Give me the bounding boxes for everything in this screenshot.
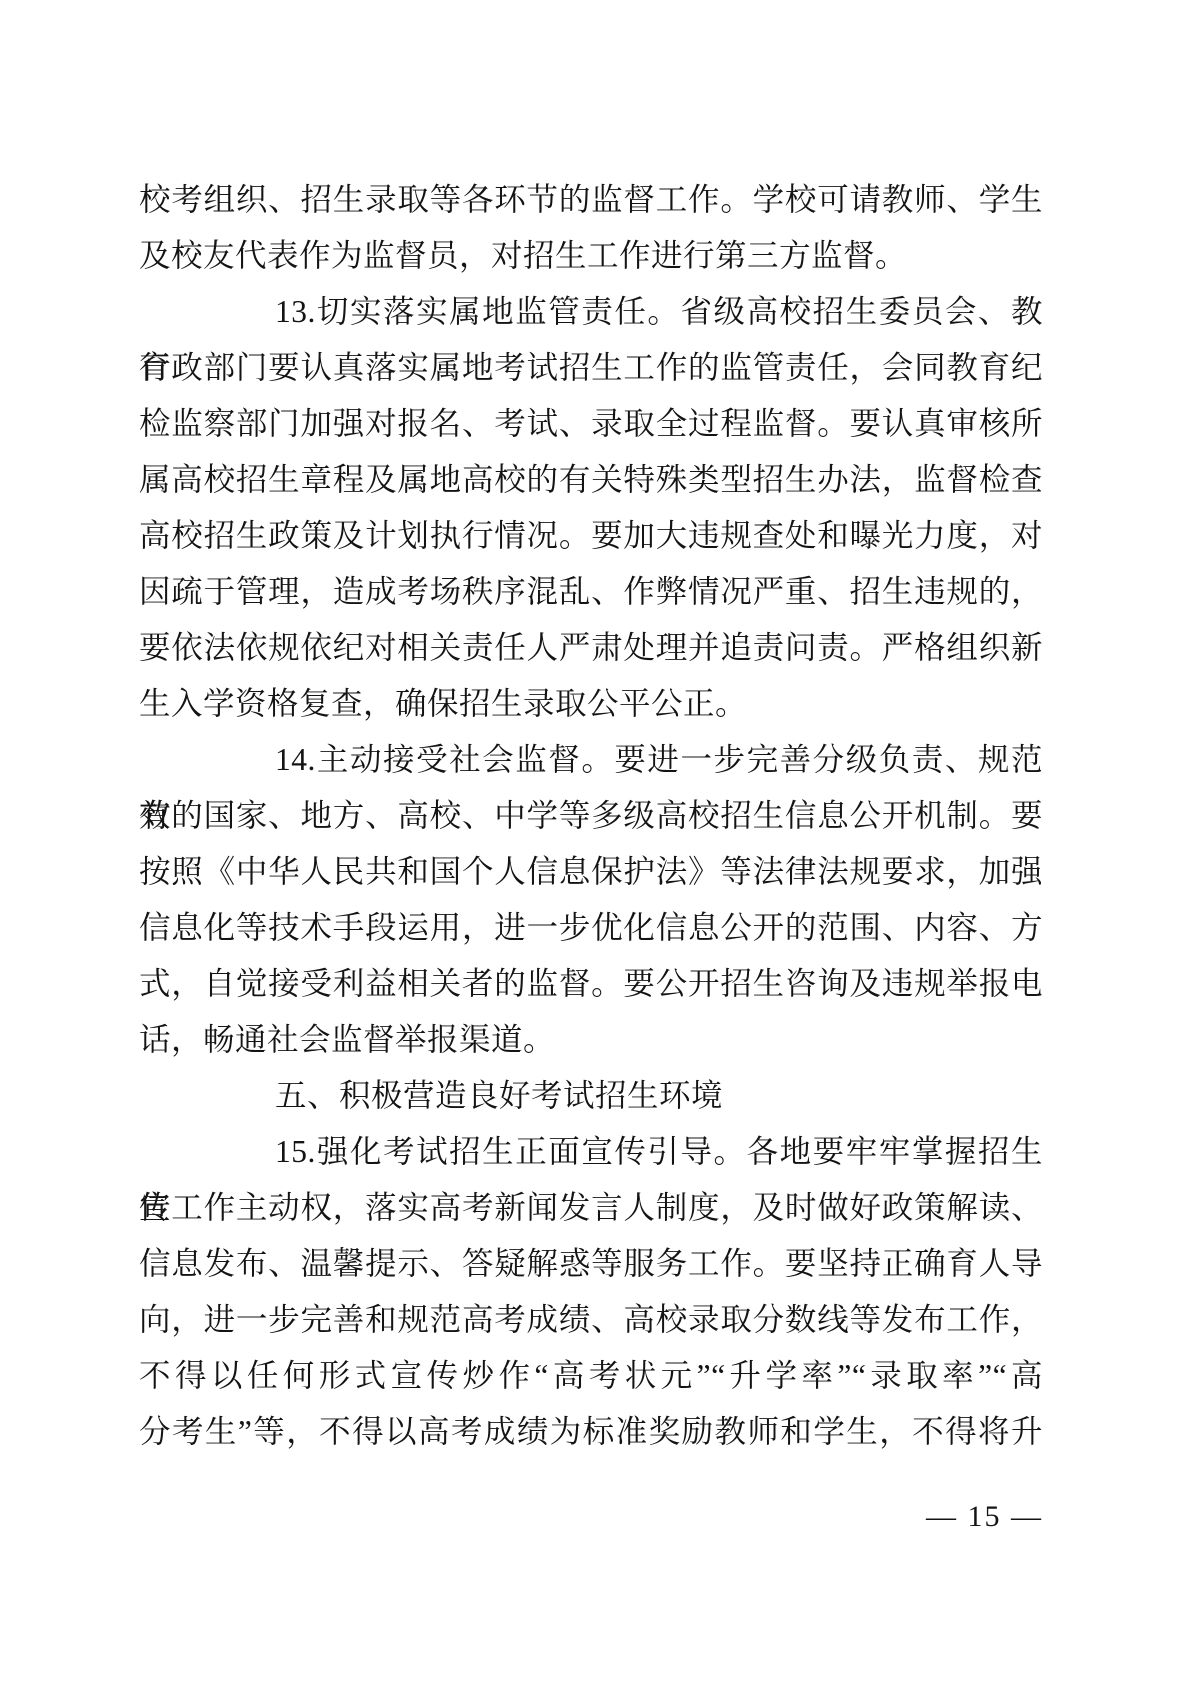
text-line: 传工作主动权，落实高考新闻发言人制度，及时做好政策解读、 bbox=[139, 1180, 1043, 1236]
text-line: 高校招生政策及计划执行情况。要加大违规查处和曝光力度，对 bbox=[139, 508, 1043, 564]
text-line: 因疏于管理，造成考场秩序混乱、作弊情况严重、招生违规的， bbox=[139, 564, 1043, 620]
page-number: — 15 — bbox=[926, 1495, 1043, 1539]
text-line: 按照《中华人民共和国个人信息保护法》等法律法规要求，加强 bbox=[139, 844, 1043, 900]
text-line: 信息发布、温馨提示、答疑解惑等服务工作。要坚持正确育人导 bbox=[139, 1236, 1043, 1292]
text-line: 及校友代表作为监督员，对招生工作进行第三方监督。 bbox=[139, 228, 1043, 284]
text-line: 要依法依规依纪对相关责任人严肃处理并追责问责。严格组织新 bbox=[139, 620, 1043, 676]
text-line: 15.强化考试招生正面宣传引导。各地要牢牢掌握招生宣 bbox=[139, 1124, 1043, 1180]
text-line: 13.切实落实属地监管责任。省级高校招生委员会、教育 bbox=[139, 284, 1043, 340]
text-line: 式，自觉接受利益相关者的监督。要公开招生咨询及违规举报电 bbox=[139, 956, 1043, 1012]
text-line: 话，畅通社会监督举报渠道。 bbox=[139, 1012, 1043, 1068]
text-line: 14.主动接受社会监督。要进一步完善分级负责、规范有 bbox=[139, 732, 1043, 788]
document-body: 校考组织、招生录取等各环节的监督工作。学校可请教师、学生及校友代表作为监督员，对… bbox=[139, 172, 1043, 1460]
document-page: 校考组织、招生录取等各环节的监督工作。学校可请教师、学生及校友代表作为监督员，对… bbox=[0, 0, 1191, 1684]
text-line: 行政部门要认真落实属地考试招生工作的监管责任，会同教育纪 bbox=[139, 340, 1043, 396]
text-line: 检监察部门加强对报名、考试、录取全过程监督。要认真审核所 bbox=[139, 396, 1043, 452]
section-heading: 五、积极营造良好考试招生环境 bbox=[139, 1068, 1043, 1124]
text-line: 校考组织、招生录取等各环节的监督工作。学校可请教师、学生 bbox=[139, 172, 1043, 228]
text-line: 效的国家、地方、高校、中学等多级高校招生信息公开机制。要 bbox=[139, 788, 1043, 844]
text-line: 分考生”等，不得以高考成绩为标准奖励教师和学生，不得将升 bbox=[139, 1404, 1043, 1460]
text-line: 信息化等技术手段运用，进一步优化信息公开的范围、内容、方 bbox=[139, 900, 1043, 956]
text-line: 不得以任何形式宣传炒作“高考状元”“升学率”“录取率”“高 bbox=[139, 1348, 1043, 1404]
text-line: 向，进一步完善和规范高考成绩、高校录取分数线等发布工作， bbox=[139, 1292, 1043, 1348]
text-line: 属高校招生章程及属地高校的有关特殊类型招生办法，监督检查 bbox=[139, 452, 1043, 508]
text-line: 生入学资格复查，确保招生录取公平公正。 bbox=[139, 676, 1043, 732]
